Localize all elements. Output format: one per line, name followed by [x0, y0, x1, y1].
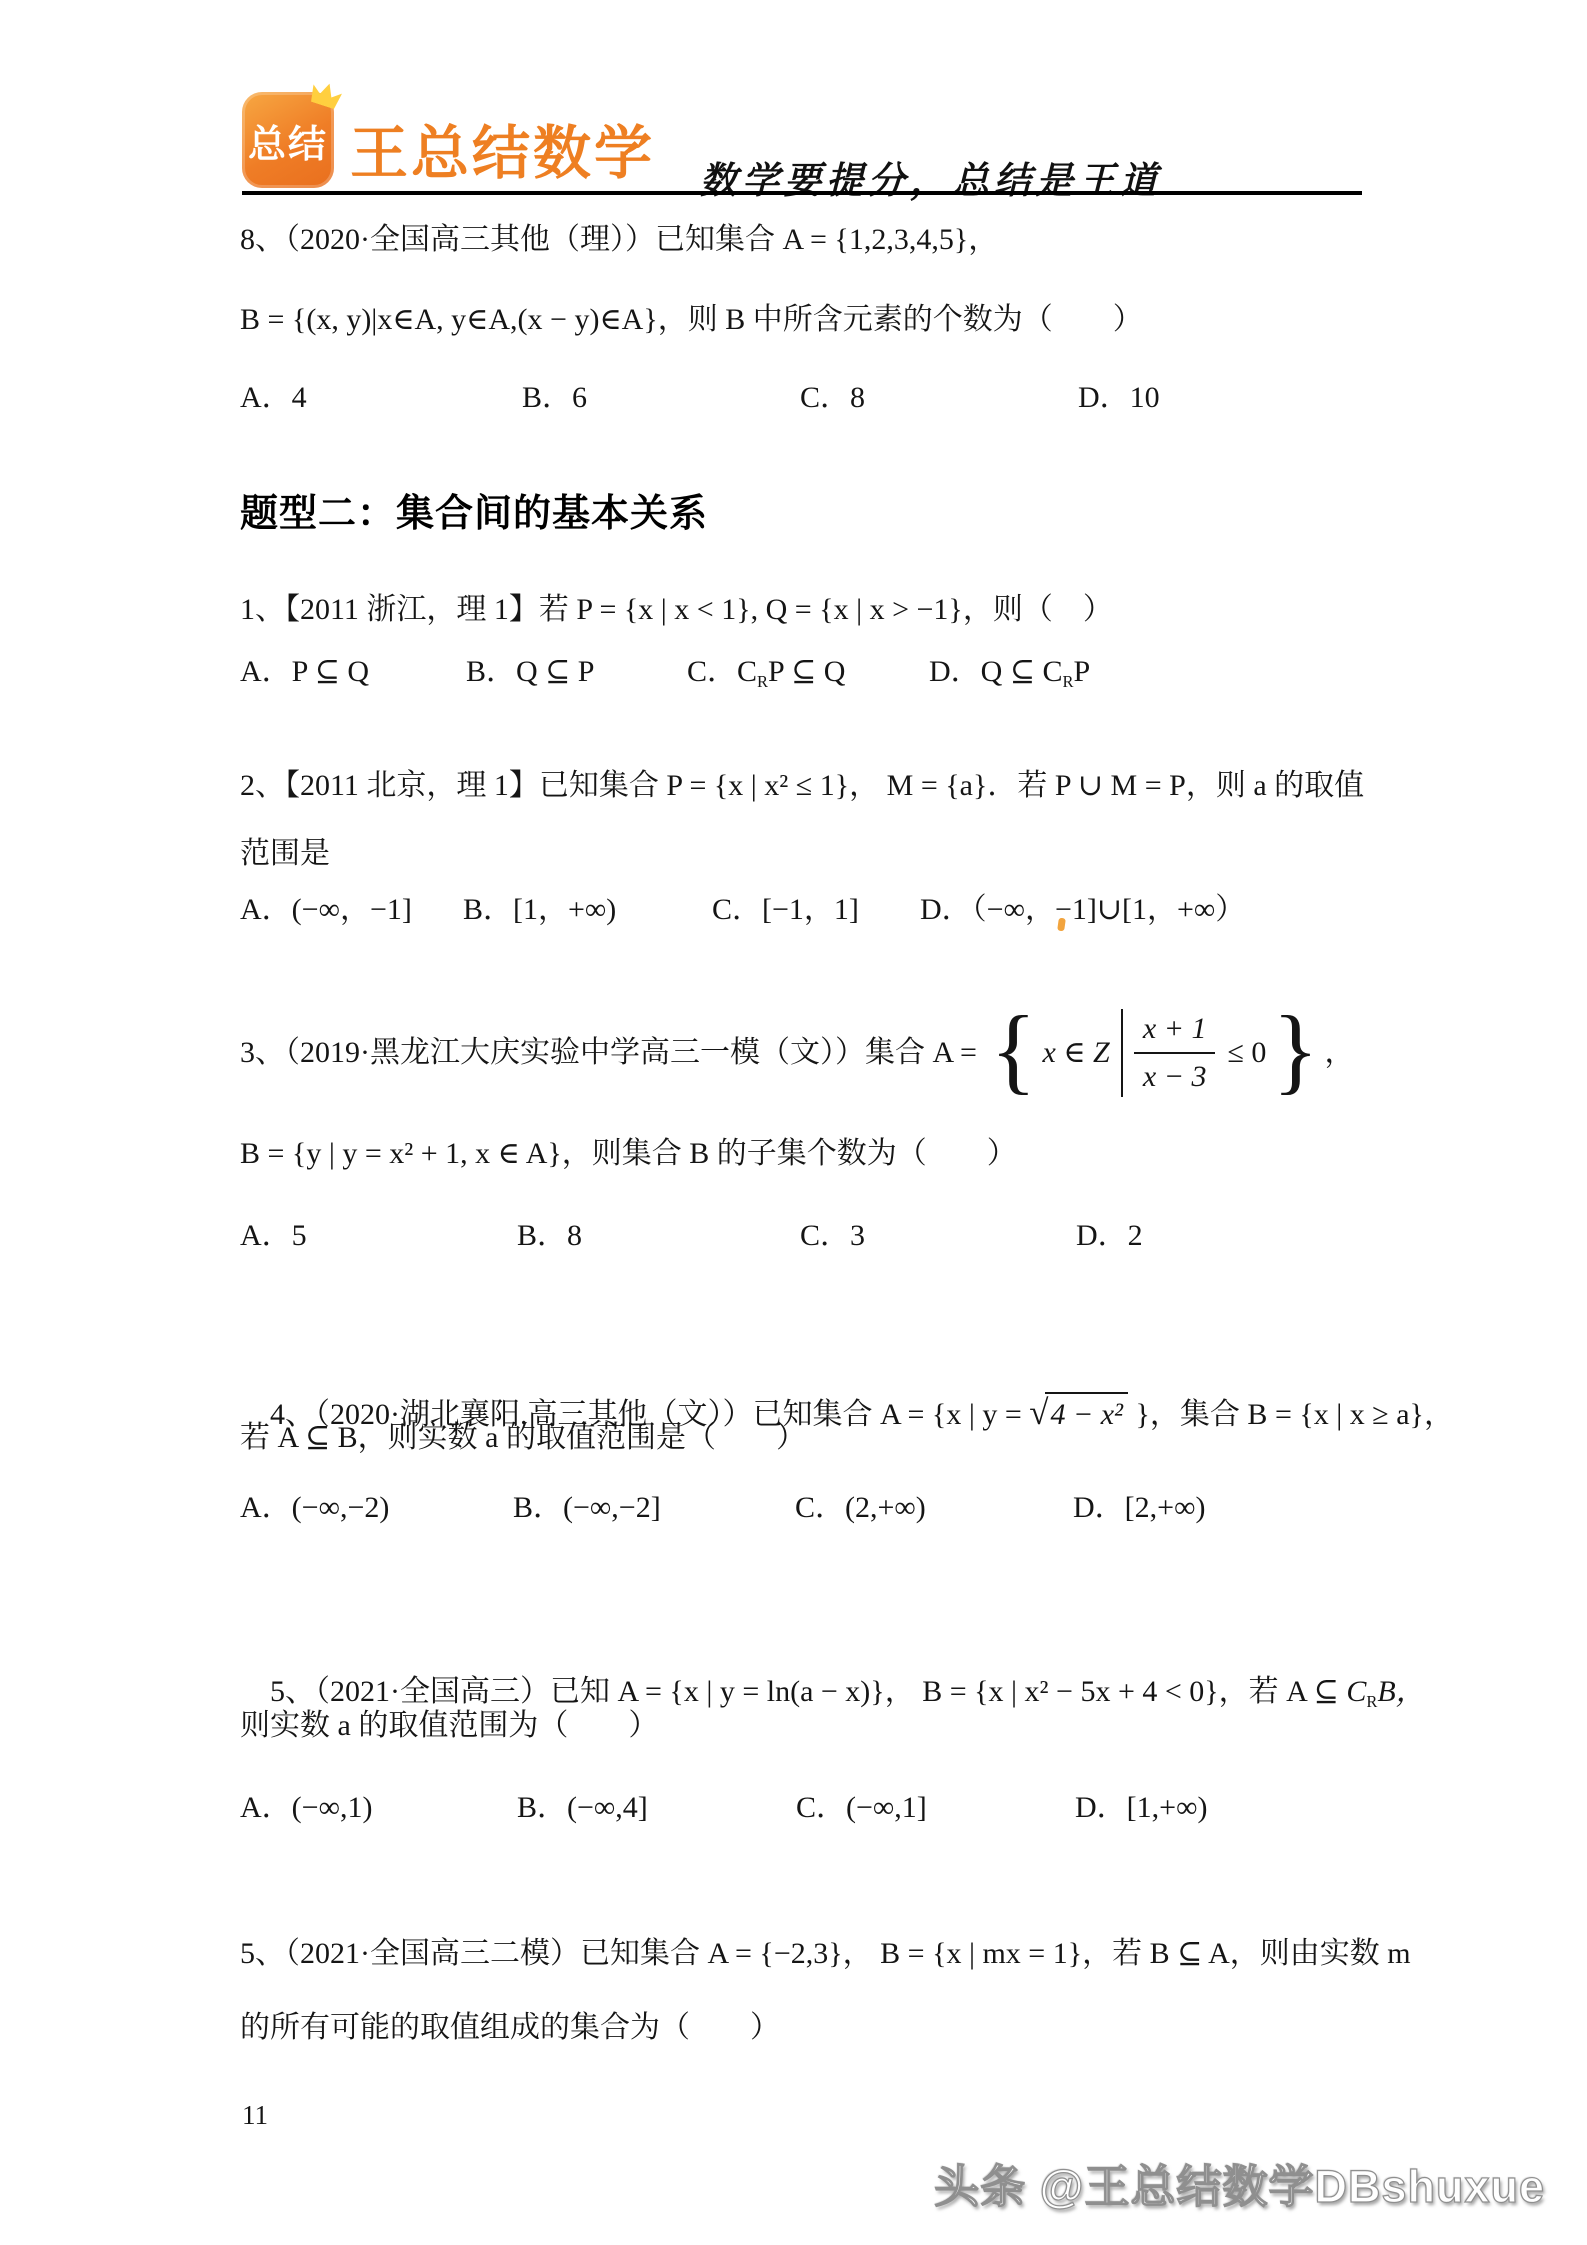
q3-intro: 3、（2019·黑龙江大庆实验中学高三一模（文））集合 A =: [240, 1033, 984, 1073]
q2-option-c: C．[−1，1]: [712, 890, 859, 930]
q4-mid: }，集合 B = {x | x ≥ a}，: [1128, 1398, 1454, 1431]
fraction-denominator: x − 3: [1143, 1054, 1207, 1097]
q3-tail: ，: [1325, 1033, 1355, 1073]
q3-option-b: B．8: [517, 1216, 582, 1256]
logo-badge-text: 总结: [248, 113, 328, 168]
q5-option-d: D．[1,+∞): [1075, 1788, 1207, 1828]
set-divider-bar: [1121, 1009, 1123, 1097]
brand-tagline: 数学要提分，总结是王道: [700, 150, 1162, 204]
q4-option-b: B．(−∞,−2]: [513, 1488, 661, 1528]
q1-option-c-text2: P ⊆ Q: [768, 655, 845, 688]
complement-base: C: [1346, 1675, 1366, 1708]
q1-option-d-text2: P: [1074, 655, 1091, 688]
q1-option-d: D．Q ⊆ CRP: [929, 652, 1090, 693]
q5-option-b: B．(−∞,4]: [517, 1788, 648, 1828]
q1-option-b: B．Q ⊆ P: [466, 652, 595, 692]
q1-option-a: A．P ⊆ Q: [240, 652, 369, 692]
watermark-text: 头条 @王总结数学DBshuxue: [934, 2150, 1545, 2215]
q4-line-2: 若 A ⊆ B，则实数 a 的取值范围是（ ）: [240, 1418, 806, 1458]
q5-option-a: A．(−∞,1): [240, 1788, 372, 1828]
q4-option-c: C．(2,+∞): [795, 1488, 926, 1528]
q4-option-d: D．[2,+∞): [1073, 1488, 1205, 1528]
q4-option-a: A．(−∞,−2): [240, 1488, 389, 1528]
page-number: 11: [242, 2100, 268, 2131]
q1-option-c-subscript: R: [757, 672, 768, 691]
crown-icon: [308, 79, 344, 110]
fraction: x + 1x − 3: [1134, 1009, 1216, 1096]
q1-option-c: C．CRP ⊆ Q: [687, 652, 845, 693]
radicand: 4 − x²: [1045, 1392, 1128, 1435]
q8-option-c: C．8: [800, 378, 865, 418]
left-brace: {: [990, 1002, 1036, 1098]
q1-option-d-text: D．Q ⊆ C: [929, 655, 1062, 688]
q8-line-1: 8、（2020·全国高三其他（理））已知集合 A = {1,2,3,4,5}，: [240, 220, 998, 260]
q5-tail: B，: [1377, 1675, 1425, 1708]
q3-line-1: 3、（2019·黑龙江大庆实验中学高三一模（文））集合 A = {x ∈ Zx …: [240, 985, 1355, 1120]
q3-option-a: A．5: [240, 1216, 307, 1256]
brand-logo-icon: 总结: [242, 92, 334, 188]
q5-option-c: C．(−∞,1]: [796, 1788, 927, 1828]
q2-option-d: D．（−∞，−1]∪[1，+∞）: [920, 890, 1245, 930]
q6-line-2: 的所有可能的取值组成的集合为（ ）: [240, 2008, 780, 2048]
q2-option-a: A．(−∞，−1]: [240, 890, 412, 930]
q8-option-a: A．4: [240, 378, 307, 418]
section-title: 题型二：集合间的基本关系: [240, 482, 708, 537]
q2-option-b: B．[1，+∞): [463, 890, 616, 930]
q6-line-1: 5、（2021·全国高三二模）已知集合 A = {−2,3}， B = {x |…: [240, 1934, 1411, 1974]
q5-intro: 5、（2021·全国高三）已知 A = {x | y = ln(a − x)}，…: [270, 1675, 1346, 1708]
q8-option-b: B．6: [522, 378, 587, 418]
q3-inequality: ≤ 0: [1227, 1033, 1266, 1073]
sqrt-radical: √4 − x²: [1029, 1398, 1128, 1431]
right-brace: }: [1272, 1002, 1318, 1098]
brand-name: 王总结数学: [350, 106, 655, 190]
q3-option-c: C．3: [800, 1216, 865, 1256]
q1-line-1: 1、【2011 浙江，理 1】若 P = {x | x < 1}, Q = {x…: [240, 590, 1113, 630]
q8-option-d: D．10: [1078, 378, 1160, 418]
q5-line-2: 则实数 a 的取值范围为（ ）: [240, 1706, 658, 1746]
q1-option-d-subscript: R: [1062, 672, 1073, 691]
fraction-numerator: x + 1: [1134, 1009, 1216, 1054]
complement-symbol: CR: [1346, 1675, 1377, 1708]
complement-subscript: R: [1366, 1691, 1377, 1710]
q2-line-2: 范围是: [240, 834, 330, 874]
q3-line-2: B = {y | y = x² + 1, x ∈ A}，则集合 B 的子集个数为…: [240, 1134, 1017, 1174]
q8-line-2: B = {(x, y)|x∈A, y∈A,(x − y)∈A}，则 B 中所含元…: [240, 300, 1143, 340]
q2-line-1: 2、【2011 北京，理 1】已知集合 P = {x | x² ≤ 1}， M …: [240, 766, 1364, 806]
q3-option-d: D．2: [1076, 1216, 1143, 1256]
header-divider: [242, 191, 1362, 195]
q5-options: A．(−∞,1) B．(−∞,4] C．(−∞,1] D．[1,+∞): [240, 1788, 270, 2026]
q3-set-variable: x ∈ Z: [1043, 1033, 1110, 1073]
q1-option-c-text: C．C: [687, 655, 757, 688]
